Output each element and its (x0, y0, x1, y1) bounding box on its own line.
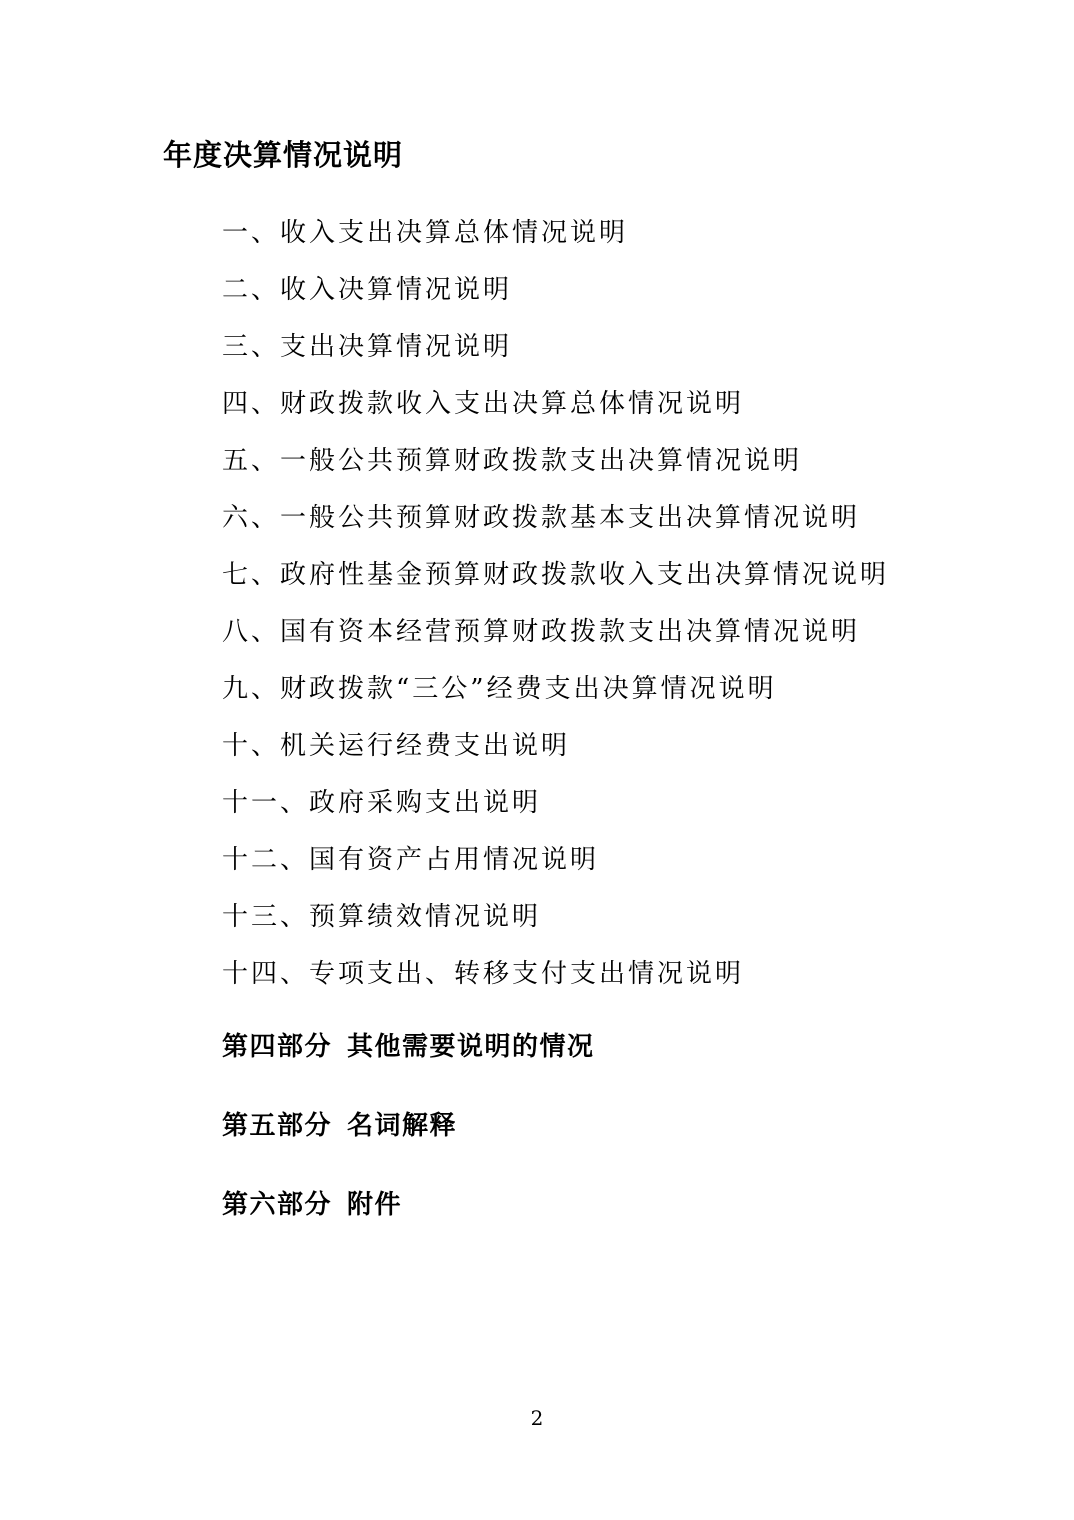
toc-item: 六、一般公共预算财政拨款基本支出决算情况说明 (222, 502, 889, 534)
page-number: 2 (531, 1406, 544, 1430)
page-footer: 2 (0, 1406, 1074, 1430)
section-title: 其他需要说明的情况 (347, 1032, 595, 1062)
section-heading-list: 第四部分其他需要说明的情况 第五部分名词解释 第六部分附件 (222, 1030, 595, 1222)
document-page: 年度决算情况说明 一、收入支出决算总体情况说明 二、收入决算情况说明 三、支出决… (0, 0, 1074, 1520)
toc-list: 一、收入支出决算总体情况说明 二、收入决算情况说明 三、支出决算情况说明 四、财… (222, 217, 889, 990)
toc-item: 五、一般公共预算财政拨款支出决算情况说明 (222, 445, 889, 477)
section-heading: 第五部分名词解释 (222, 1109, 595, 1143)
toc-item: 十四、专项支出、转移支付支出情况说明 (222, 958, 889, 990)
toc-item: 二、收入决算情况说明 (222, 274, 889, 306)
toc-item: 十三、预算绩效情况说明 (222, 901, 889, 933)
toc-item: 四、财政拨款收入支出决算总体情况说明 (222, 388, 889, 420)
section-part-label: 第五部分 (222, 1111, 332, 1141)
toc-item: 一、收入支出决算总体情况说明 (222, 217, 889, 249)
section-part-label: 第六部分 (222, 1190, 332, 1220)
document-title: 年度决算情况说明 (163, 138, 403, 172)
toc-item: 十、机关运行经费支出说明 (222, 730, 889, 762)
toc-item: 十二、国有资产占用情况说明 (222, 844, 889, 876)
section-part-label: 第四部分 (222, 1032, 332, 1062)
toc-item: 三、支出决算情况说明 (222, 331, 889, 363)
toc-item: 八、国有资本经营预算财政拨款支出决算情况说明 (222, 616, 889, 648)
section-title: 名词解释 (347, 1111, 457, 1141)
section-title: 附件 (347, 1190, 402, 1220)
toc-item: 九、财政拨款“三公”经费支出决算情况说明 (222, 673, 889, 705)
toc-item: 十一、政府采购支出说明 (222, 787, 889, 819)
section-heading: 第六部分附件 (222, 1188, 595, 1222)
toc-item: 七、政府性基金预算财政拨款收入支出决算情况说明 (222, 559, 889, 591)
section-heading: 第四部分其他需要说明的情况 (222, 1030, 595, 1064)
